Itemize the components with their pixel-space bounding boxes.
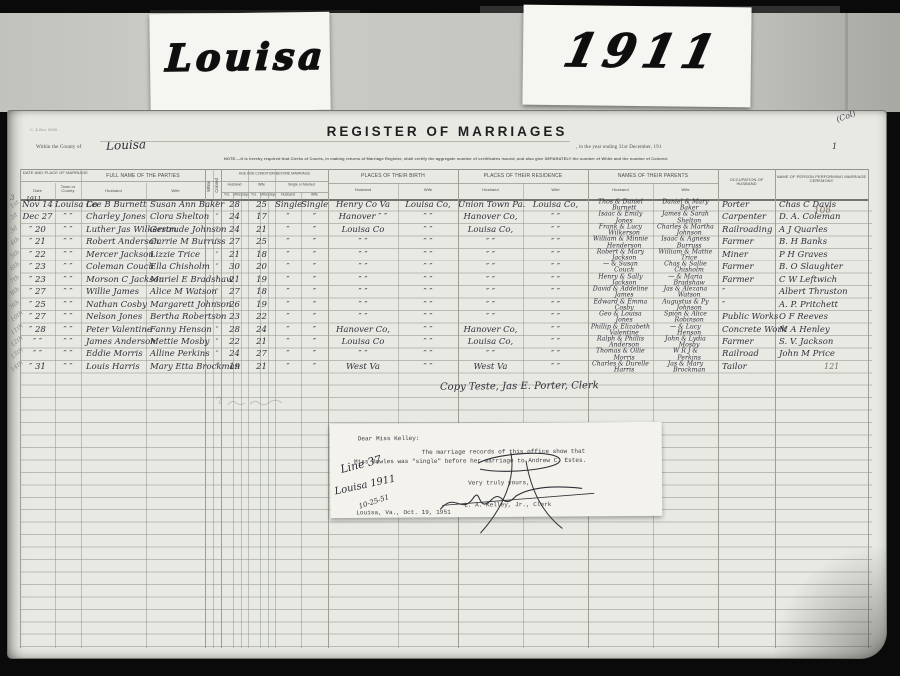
cell-date: ″ 27 xyxy=(21,286,54,298)
cell-col-mark: ″ xyxy=(213,224,221,236)
header-parents-wife: Wife xyxy=(653,188,718,198)
header-names-group: FULL NAME OF THE PARTIES xyxy=(81,173,205,184)
county-label-text: Louisa xyxy=(165,34,328,80)
cell-cond-w: ″ xyxy=(301,311,328,323)
parents-line: Shelton xyxy=(653,219,718,223)
parents-line: Cosby xyxy=(588,306,653,310)
cell-wife: Clora Shelton xyxy=(148,211,205,223)
header-colored-column: Colored xyxy=(215,180,220,193)
cell-res-h: ″ ″ xyxy=(458,236,523,248)
cell-husband: Eddie Morris xyxy=(84,348,146,360)
cell-cond-h: ″ xyxy=(275,324,301,336)
cell-wife: Carrie M Burruss xyxy=(148,236,205,248)
register-row: 5th″ 22″ ″Mercer JacksonLizzie Trice″211… xyxy=(8,249,886,261)
parents-line: Brockman xyxy=(653,368,718,372)
cell-par-w: — & MariaBradshaw xyxy=(653,274,718,286)
cell-age-w: 22 xyxy=(248,311,275,323)
cell-birth-w: ″ ″ xyxy=(398,311,458,323)
cell-res-w: ″ ″ xyxy=(523,249,588,261)
cell-age-h: 21 xyxy=(221,274,248,286)
cell-par-h: — & SusanCouch xyxy=(588,261,653,273)
cell-place: ″ ″ xyxy=(55,211,81,223)
cell-perf: D. A. Coleman xyxy=(777,211,866,223)
parents-line: Augustus & Py xyxy=(653,300,718,304)
cell-age-h: 28 xyxy=(221,324,248,336)
cell-col-mark: ″ xyxy=(213,324,221,336)
cell-age-w: 27 xyxy=(248,348,275,360)
table-top-rule xyxy=(20,169,868,170)
parents-line: Couch xyxy=(588,269,653,273)
cell-wife: Ella Chisholm xyxy=(148,261,205,273)
cell-birth-h: ″ ″ xyxy=(328,348,398,360)
cell-age-w: 17 xyxy=(248,211,275,223)
parents-line: Jas & Mary xyxy=(653,362,718,366)
cell-par-w: Spion & AliceRobinson xyxy=(653,311,718,323)
parents-line: Jones xyxy=(588,219,653,223)
register-row: 1stNov 14Louisa CoLee B BurnettSusan Ann… xyxy=(8,199,886,211)
parents-line: — & Lucy xyxy=(653,325,718,329)
register-page: C. & Bro. 5000 (Col) REGISTER OF MARRIAG… xyxy=(8,111,886,658)
parents-line: Jones xyxy=(588,318,653,322)
cell-wife: Bertha Robertson xyxy=(148,311,205,323)
cell-res-w: ″ ″ xyxy=(523,299,588,311)
cell-col-mark: ″ xyxy=(213,286,221,298)
cell-cond-w: ″ xyxy=(301,299,328,311)
cell-cond-w: ″ xyxy=(301,211,328,223)
cell-cond-h: ″ xyxy=(275,261,301,273)
register-row: 11th″ 28″ ″Peter ValentineFanny Henson″2… xyxy=(8,324,886,336)
cell-cond-h: ″ xyxy=(275,274,301,286)
cell-age-w: 21 xyxy=(248,224,275,236)
cell-col-mark: ″ xyxy=(213,336,221,348)
cell-age-w: 18 xyxy=(248,249,275,261)
cell-perf: P H Graves xyxy=(777,249,866,261)
cell-date: ″ 20 xyxy=(21,224,54,236)
cell-birth-w: ″ ″ xyxy=(398,324,458,336)
cell-husband: Nathan Cosby xyxy=(84,299,146,311)
cell-perf: A J Quarles xyxy=(777,224,866,236)
cell-husband: Peter Valentine xyxy=(84,324,146,336)
copy-teste-line: Copy Teste, Jas E. Porter, Clerk xyxy=(440,380,599,393)
clerk-signature-scrawl xyxy=(330,422,663,518)
cell-place: ″ ″ xyxy=(55,299,81,311)
cell-birth-h: ″ ″ xyxy=(328,236,398,248)
cell-res-w: ″ ″ xyxy=(523,324,588,336)
register-row: 7th″ 23″ ″Morson C JacksonMuriel E Brads… xyxy=(8,274,886,286)
cell-date: ″ ″ xyxy=(21,348,54,360)
cell-age-w: 20 xyxy=(248,261,275,273)
parents-line: James xyxy=(588,294,653,298)
cell-res-w: ″ ″ xyxy=(523,211,588,223)
cell-wife: Alice M Watson xyxy=(148,286,205,298)
cell-res-w: ″ ″ xyxy=(523,274,588,286)
county-label-card: Louisa xyxy=(149,12,330,113)
cell-occ: Farmer xyxy=(720,261,773,273)
cell-age-h: 30 xyxy=(221,261,248,273)
cell-perf: Chas C Davis xyxy=(777,199,866,211)
cell-par-h: Henry & SallyJackson xyxy=(588,274,653,286)
cell-birth-h: ″ ″ xyxy=(328,286,398,298)
cell-perf: A. P. Pritchett xyxy=(777,299,866,311)
cell-birth-h: ″ ″ xyxy=(328,299,398,311)
cell-place: ″ ″ xyxy=(55,274,81,286)
header-birth-wife: Wife xyxy=(398,188,458,198)
cell-par-w: Chas & SallieChisholm xyxy=(653,261,718,273)
register-row: 6th″ 23″ ″Coleman CouchElla Chisholm″302… xyxy=(8,261,886,273)
cell-date: ″ 28 xyxy=(21,324,54,336)
cell-birth-h: ″ ″ xyxy=(328,274,398,286)
cell-res-w: ″ ″ xyxy=(523,236,588,248)
cell-perf: S. V. Jackson xyxy=(777,336,866,348)
cell-age-h: 24 xyxy=(221,224,248,236)
parents-line: Robinson xyxy=(653,318,718,322)
header-age-wife: Wife xyxy=(248,183,275,193)
cell-age-w: 21 xyxy=(248,336,275,348)
cell-cond-h: ″ xyxy=(275,336,301,348)
cell-res-h: ″ ″ xyxy=(458,249,523,261)
register-row: 12th″ ″″ ″James AndersonMettie Mosby″222… xyxy=(8,336,886,348)
cell-cond-w: ″ xyxy=(301,324,328,336)
cell-date: ″ 21 xyxy=(21,236,54,248)
cell-col-mark: ″ xyxy=(213,299,221,311)
cell-husband: Nelson Jones xyxy=(84,311,146,323)
county-line-rule xyxy=(100,141,570,142)
cell-age-w: 25 xyxy=(248,199,275,211)
register-row: 4th″ 21″ ″Robert AndersonCarrie M Burrus… xyxy=(8,236,886,248)
cell-col-mark: ″ xyxy=(213,311,221,323)
cell-age-w: 19 xyxy=(248,274,275,286)
cell-place: ″ ″ xyxy=(55,311,81,323)
cell-col-mark: ″ xyxy=(213,348,221,360)
cell-date: Nov 14 xyxy=(21,199,54,211)
header-birth-group: PLACES OF THEIR BIRTH xyxy=(328,173,458,184)
cell-place: ″ ″ xyxy=(55,249,81,261)
cell-par-w: Isaac & AgnessBurruss xyxy=(653,236,718,248)
row-ordinal-mark: 1st xyxy=(9,199,21,210)
cell-cond-w: ″ xyxy=(301,274,328,286)
row-ordinal-mark: 6th xyxy=(9,261,21,273)
cell-res-w: ″ ″ xyxy=(523,261,588,273)
header-birth-husband: Husband xyxy=(328,188,398,198)
cell-wife: Fanny Henson xyxy=(148,324,205,336)
cell-par-h: Phillip & ElizabethValentine xyxy=(588,324,653,336)
cell-par-h: Edward & EmmaCosby xyxy=(588,299,653,311)
cell-husband: James Anderson xyxy=(84,336,146,348)
parents-line: William & Minnie xyxy=(588,238,653,242)
cell-place: ″ ″ xyxy=(55,324,81,336)
cell-cond-w: ″ xyxy=(301,348,328,360)
parents-line: Henry & Sally xyxy=(588,275,653,279)
parents-line: Watson xyxy=(653,294,718,298)
cell-age-h: 27 xyxy=(221,286,248,298)
cell-res-h: ″ ″ xyxy=(458,261,523,273)
year-label-text: 1911 xyxy=(559,23,727,79)
cell-age-w: 18 xyxy=(248,286,275,298)
cell-col-mark: ″ xyxy=(213,211,221,223)
cell-par-h: Geo & LouisaJones xyxy=(588,311,653,323)
cell-res-h: Hanover Co, xyxy=(458,211,523,223)
cell-res-h: Hanover Co, xyxy=(458,324,523,336)
cell-occ: Public Works xyxy=(720,311,773,323)
row-ordinal-mark: 7th xyxy=(9,273,21,285)
cell-husband: Mercer Jackson xyxy=(84,249,146,261)
cell-birth-h: ″ ″ xyxy=(328,261,398,273)
cell-res-h: ″ ″ xyxy=(458,348,523,360)
cell-cond-h: ″ xyxy=(275,236,301,248)
cell-res-h: ″ ″ xyxy=(458,299,523,311)
cell-birth-w: ″ ″ xyxy=(398,299,458,311)
cell-occ: Miner xyxy=(720,249,773,261)
cell-res-w: ″ ″ xyxy=(523,286,588,298)
cell-place: ″ ″ xyxy=(55,286,81,298)
cell-birth-h: Louisa Co xyxy=(328,224,398,236)
row-ordinal-mark: 2d xyxy=(9,212,19,222)
header-age-husband: Husband xyxy=(221,183,248,193)
cell-res-h: West Va xyxy=(458,361,523,373)
cell-par-w: Jas & MaryBrockman xyxy=(653,361,718,373)
cell-par-w: W R J &Perkins xyxy=(653,348,718,360)
cell-res-w: Louisa Co, xyxy=(523,199,588,211)
faint-pencil-scribble xyxy=(208,393,318,413)
header-residence-husband: Husband xyxy=(458,188,523,198)
cell-occ: Farmer xyxy=(720,274,773,286)
cell-occ: Tailor xyxy=(720,361,773,373)
cell-res-w: ″ ″ xyxy=(523,311,588,323)
cell-col-mark: ″ xyxy=(213,199,221,211)
cell-par-h: David & AddelineJames xyxy=(588,286,653,298)
cell-age-h: 21 xyxy=(221,249,248,261)
col-corner-annotation: (Col) xyxy=(835,109,857,124)
cell-col-mark: ″ xyxy=(213,249,221,261)
cell-occ: Concrete Work xyxy=(720,324,773,336)
cell-cond-h: ″ xyxy=(275,348,301,360)
cell-par-w: Jas & AlezanaWatson xyxy=(653,286,718,298)
cell-wife: Susan Ann Baker xyxy=(148,199,205,211)
cell-perf: B. O Slaughter xyxy=(777,261,866,273)
book-crease xyxy=(845,13,848,112)
parents-line: Isaac & Emily xyxy=(588,213,653,217)
header-parents-husband: Husband xyxy=(588,188,653,198)
cell-par-h: William & MinnieHenderson xyxy=(588,236,653,248)
parents-line: — & Maria xyxy=(653,275,718,279)
cell-age-h: 19 xyxy=(221,361,248,373)
parents-line: Valentine xyxy=(588,331,653,335)
cell-occ: Carpenter xyxy=(720,211,773,223)
register-row: 8th″ 27″ ″Willie JamesAlice M Watson″271… xyxy=(8,286,886,298)
cell-husband: Luther Jas Wilkerson xyxy=(84,224,146,236)
book-edge-band xyxy=(0,13,900,112)
cell-perf: B. H Banks xyxy=(777,236,866,248)
parents-line: William & Mattie xyxy=(653,250,718,254)
cell-cond-w: ″ xyxy=(301,224,328,236)
cell-date: ″ 23 xyxy=(21,274,54,286)
cell-cond-h: ″ xyxy=(275,299,301,311)
cell-cond-h: ″ xyxy=(275,211,301,223)
cell-date: ″ 31 xyxy=(21,361,54,373)
cell-cond-w: ″ xyxy=(301,261,328,273)
cell-par-w: James & SarahShelton xyxy=(653,211,718,223)
cell-cond-w: ″ xyxy=(301,336,328,348)
cell-age-h: 28 xyxy=(221,199,248,211)
cell-res-h: Union Town Pa. xyxy=(458,199,523,211)
cell-par-h: Charles & DurelleHarris xyxy=(588,361,653,373)
cell-age-h: 24 xyxy=(221,348,248,360)
header-performer: NAME OF PERSON PERFORMING MARRIAGE CEREM… xyxy=(775,175,868,194)
photo-of-register: Louisa 1911 C. & Bro. 5000 (Col) REGISTE… xyxy=(0,0,900,676)
cell-place: ″ ″ xyxy=(55,261,81,273)
cell-birth-w: ″ ″ xyxy=(398,261,458,273)
cell-occ: Farmer xyxy=(720,236,773,248)
year-digit-handwritten: 1 xyxy=(832,142,837,151)
row-ordinal-mark: 3d xyxy=(9,224,19,234)
parents-line: Henderson xyxy=(588,244,653,248)
cell-par-h: Thomas & OllieMorris xyxy=(588,348,653,360)
cell-birth-w: ″ ″ xyxy=(398,249,458,261)
cell-place: ″ ″ xyxy=(55,348,81,360)
cell-place: ″ ″ xyxy=(55,336,81,348)
header-residence-wife: Wife xyxy=(523,188,588,198)
register-row: 10th″ 27″ ″Nelson JonesBertha Robertson″… xyxy=(8,311,886,323)
cell-age-h: 24 xyxy=(221,211,248,223)
cell-occ: Railroad xyxy=(720,348,773,360)
cell-cond-h: ″ xyxy=(275,311,301,323)
cell-birth-h: Henry Co Va xyxy=(328,199,398,211)
cell-birth-h: ″ ″ xyxy=(328,311,398,323)
cell-birth-w: ″ ″ xyxy=(398,211,458,223)
register-row: 2dDec 27″ ″Charley JonesClora Shelton″24… xyxy=(8,211,886,223)
cell-birth-h: Hanover Co, xyxy=(328,324,398,336)
parents-line: Thomas & Ollie xyxy=(588,350,653,354)
register-row: 9th″ 25″ ″Nathan CosbyMargarett Johnson″… xyxy=(8,299,886,311)
cell-res-w: ″ ″ xyxy=(523,348,588,360)
cell-husband: Willie James xyxy=(84,286,146,298)
register-row: 14th″ 31″ ″Louis HarrisMary Etta Brockma… xyxy=(8,361,886,373)
cell-wife: Alline Perkins xyxy=(148,348,205,360)
cell-husband: Robert Anderson xyxy=(84,236,146,248)
cell-cond-w: ″ xyxy=(301,236,328,248)
cell-wife: Gertrude Johnson xyxy=(148,224,205,236)
cell-cond-h: ″ xyxy=(275,361,301,373)
cell-perf: O F Reeves xyxy=(777,311,866,323)
cell-cond-w: ″ xyxy=(301,286,328,298)
cell-occ: Farmer xyxy=(720,336,773,348)
instruction-note: NOTE.—It is hereby required that Clerks … xyxy=(108,157,784,167)
cell-birth-h: ″ ″ xyxy=(328,249,398,261)
cell-cond-h: ″ xyxy=(275,286,301,298)
cell-cond-h: Single xyxy=(275,199,301,211)
register-row: 3d″ 20″ ″Luther Jas WilkersonGertrude Jo… xyxy=(8,224,886,236)
register-row: 13th″ ″″ ″Eddie MorrisAlline Perkins″242… xyxy=(8,348,886,360)
cell-date: ″ ″ xyxy=(21,336,54,348)
cell-husband: Charley Jones xyxy=(84,211,146,223)
cell-res-w: ″ ″ xyxy=(523,224,588,236)
parents-line: Robert & Mary xyxy=(588,250,653,254)
cell-birth-w: ″ ″ xyxy=(398,361,458,373)
row-ordinal-mark: 5th xyxy=(9,248,21,260)
cell-perf: John M Price xyxy=(777,348,866,360)
county-line-suffix: , in the year ending 31st December, 191 xyxy=(576,144,796,155)
cell-occ: ″ xyxy=(720,299,773,311)
parents-line: Burruss xyxy=(653,244,718,248)
parents-line: Edward & Emma xyxy=(588,300,653,304)
row-ordinal-mark: 4th xyxy=(9,236,21,248)
header-names-wife: Wife xyxy=(146,189,205,199)
cell-age-w: 25 xyxy=(248,236,275,248)
cell-birth-w: ″ ″ xyxy=(398,348,458,360)
cell-res-h: ″ ″ xyxy=(458,274,523,286)
parents-line: James & Sarah xyxy=(653,213,718,217)
cell-age-h: 23 xyxy=(221,311,248,323)
cell-husband: Morson C Jackson xyxy=(84,274,146,286)
cell-wife: Margarett Johnson xyxy=(148,299,205,311)
header-occupation: OCCUPATION OF HUSBAND xyxy=(720,178,773,197)
cell-age-w: 24 xyxy=(248,324,275,336)
parents-line: Perkins xyxy=(653,356,718,360)
parents-line: W R J & xyxy=(653,350,718,354)
county-line-value: Louisa xyxy=(106,137,147,152)
cell-date: ″ 23 xyxy=(21,261,54,273)
cell-date: ″ 22 xyxy=(21,249,54,261)
cell-perf: M A Henley xyxy=(777,324,866,336)
cell-age-w: 21 xyxy=(248,361,275,373)
cell-cond-h: ″ xyxy=(275,224,301,236)
cell-col-mark: ″ xyxy=(213,261,221,273)
cell-date: ″ 27 xyxy=(21,311,54,323)
page-corner-shadow xyxy=(766,548,886,658)
cell-wife: Mary Etta Brockman xyxy=(148,361,205,373)
cell-wife: Lizzie Trice xyxy=(148,249,205,261)
cell-birth-w: ″ ″ xyxy=(398,286,458,298)
cell-res-h: Louisa Co, xyxy=(458,336,523,348)
cell-cond-h: ″ xyxy=(275,249,301,261)
cell-age-h: 22 xyxy=(221,336,248,348)
header-white-column: White xyxy=(207,180,212,193)
row-ordinal-mark: 9th xyxy=(9,298,21,310)
cell-cond-w: ″ xyxy=(301,249,328,261)
cell-birth-w: ″ ″ xyxy=(398,336,458,348)
parents-line: Chisholm xyxy=(653,269,718,273)
cell-col-mark: ″ xyxy=(213,361,221,373)
parents-line: Johnson xyxy=(653,306,718,310)
cell-wife: Mettie Mosby xyxy=(148,336,205,348)
row-ordinal-mark: 8th xyxy=(9,286,21,298)
cell-husband: Coleman Couch xyxy=(84,261,146,273)
cell-occ: Porter xyxy=(720,199,773,211)
cell-col-mark: ″ xyxy=(213,274,221,286)
clerk-note-card: Dear Miss Kelley: The marriage records o… xyxy=(330,422,663,518)
parents-line: Harris xyxy=(588,368,653,372)
cell-cond-w: Single xyxy=(301,199,328,211)
cell-res-h: ″ ″ xyxy=(458,286,523,298)
parents-line: Morris xyxy=(588,356,653,360)
cell-age-h: 27 xyxy=(221,236,248,248)
cell-par-w: Augustus & PyJohnson xyxy=(653,299,718,311)
parents-line: Charles & Durelle xyxy=(588,362,653,366)
parents-line: Isaac & Agness xyxy=(653,238,718,242)
cell-perf: Albert Thruston xyxy=(777,286,866,298)
cell-place: ″ ″ xyxy=(55,224,81,236)
cell-wife: Muriel E Bradshaw xyxy=(148,274,205,286)
year-label-card: 1911 xyxy=(522,5,751,108)
cell-date: ″ 25 xyxy=(21,299,54,311)
cell-par-h: Isaac & EmilyJones xyxy=(588,211,653,223)
cell-birth-w: ″ ″ xyxy=(398,274,458,286)
cell-res-h: ″ ″ xyxy=(458,311,523,323)
cell-birth-w: Louisa Co, xyxy=(398,199,458,211)
cell-husband: Lee B Burnett xyxy=(84,199,146,211)
cell-place: Louisa Co xyxy=(55,199,81,211)
cell-age-h: 26 xyxy=(221,299,248,311)
